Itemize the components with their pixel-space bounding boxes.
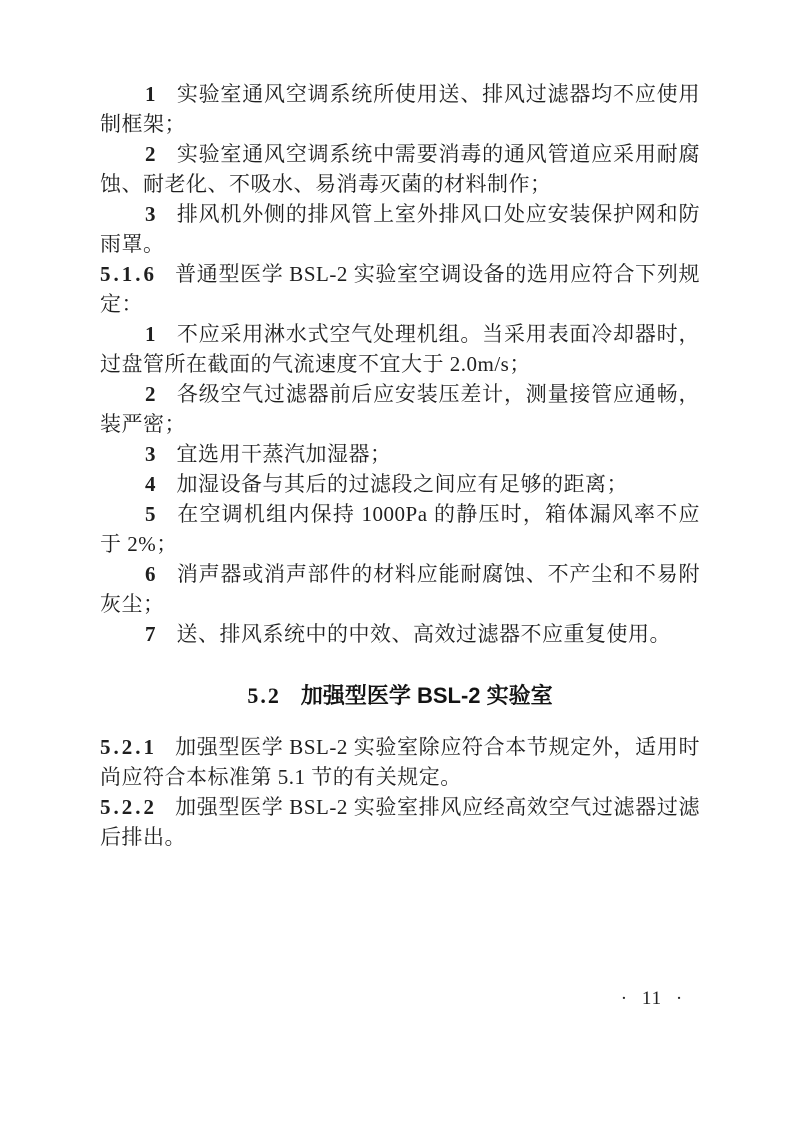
page-number: · 11 · bbox=[600, 988, 704, 1010]
list-item-line: 1实验室通风空调系统所使用送、排风过滤器均不应使用木 bbox=[100, 79, 700, 109]
line-text: 定： bbox=[100, 292, 143, 316]
text-continuation-line: 蚀、耐老化、不吸水、易消毒灭菌的材料制作； bbox=[100, 169, 700, 199]
line-text: 宜选用干蒸汽加湿器； bbox=[177, 442, 392, 466]
line-text: 消声器或消声部件的材料应能耐腐蚀、不产尘和不易附着 bbox=[145, 562, 700, 589]
text-continuation-line: 制框架； bbox=[100, 109, 700, 139]
line-text: 雨罩。 bbox=[100, 232, 165, 256]
line-text: 送、排风系统中的中效、高效过滤器不应重复使用。 bbox=[177, 622, 672, 646]
line-text: 尚应符合本标准第 5.1 节的有关规定。 bbox=[100, 765, 462, 789]
clause-5-2-2-line: 5.2.2加强型医学 BSL-2 实验室排风应经高效空气过滤器过滤 bbox=[100, 792, 700, 822]
text-continuation-line: 定： bbox=[100, 289, 700, 319]
text-continuation-line: 于 2%； bbox=[100, 529, 700, 559]
text-continuation-line: 尚应符合本标准第 5.1 节的有关规定。 bbox=[100, 762, 700, 792]
line-text: 实验室通风空调系统所使用送、排风过滤器均不应使用木 bbox=[145, 82, 700, 109]
line-text: 制框架； bbox=[100, 112, 186, 136]
section-heading: 5.2加强型医学 BSL-2 实验室 bbox=[100, 681, 700, 711]
line-text: 加强型医学 BSL-2 实验室排风应经高效空气过滤器过滤 bbox=[175, 795, 700, 819]
line-text: 排风机外侧的排风管上室外排风口处应安装保护网和防 bbox=[177, 202, 701, 226]
item-number: 7 bbox=[145, 622, 156, 646]
line-text: 普通型医学 BSL-2 实验室空调设备的选用应符合下列规 bbox=[175, 262, 700, 286]
list-item-line: 7送、排风系统中的中效、高效过滤器不应重复使用。 bbox=[100, 619, 700, 649]
clause-number: 5.2.2 bbox=[100, 795, 157, 819]
line-text: 后排出。 bbox=[100, 825, 186, 849]
list-item-line: 6消声器或消声部件的材料应能耐腐蚀、不产尘和不易附着 bbox=[100, 559, 700, 589]
line-text: 实验室通风空调系统中需要消毒的通风管道应采用耐腐 bbox=[177, 142, 701, 166]
item-number: 6 bbox=[145, 562, 156, 586]
list-item-line: 2实验室通风空调系统中需要消毒的通风管道应采用耐腐 bbox=[100, 139, 700, 169]
list-item-line: 5在空调机组内保持 1000Pa 的静压时，箱体漏风率不应大 bbox=[100, 499, 700, 529]
line-text: 加湿设备与其后的过滤段之间应有足够的距离； bbox=[177, 472, 629, 496]
document-page: 1实验室通风空调系统所使用送、排风过滤器均不应使用木 制框架； 2实验室通风空调… bbox=[0, 0, 800, 1148]
line-text: 灰尘； bbox=[100, 592, 165, 616]
clause-number: 5.2.1 bbox=[100, 735, 157, 759]
line-text: 过盘管所在截面的气流速度不宜大于 2.0m/s； bbox=[100, 352, 531, 376]
clause-5-1-6-line: 5.1.6普通型医学 BSL-2 实验室空调设备的选用应符合下列规 bbox=[100, 259, 700, 289]
text-continuation-line: 过盘管所在截面的气流速度不宜大于 2.0m/s； bbox=[100, 349, 700, 379]
text-continuation-line: 雨罩。 bbox=[100, 229, 700, 259]
text-continuation-line: 后排出。 bbox=[100, 822, 700, 852]
list-item-line: 3宜选用干蒸汽加湿器； bbox=[100, 439, 700, 469]
item-number: 1 bbox=[145, 82, 156, 106]
list-item-line: 2各级空气过滤器前后应安装压差计，测量接管应通畅，安 bbox=[100, 379, 700, 409]
line-text: 在空调机组内保持 1000Pa 的静压时，箱体漏风率不应大 bbox=[145, 502, 700, 529]
line-text: 于 2%； bbox=[100, 532, 178, 556]
line-text: 装严密； bbox=[100, 412, 186, 436]
text-continuation-line: 装严密； bbox=[100, 409, 700, 439]
line-text: 蚀、耐老化、不吸水、易消毒灭菌的材料制作； bbox=[100, 172, 552, 196]
item-number: 2 bbox=[145, 142, 156, 166]
page-body: 1实验室通风空调系统所使用送、排风过滤器均不应使用木 制框架； 2实验室通风空调… bbox=[100, 79, 700, 852]
section-title: 加强型医学 BSL-2 实验室 bbox=[301, 683, 553, 708]
list-item-line: 1不应采用淋水式空气处理机组。当采用表面冷却器时，通 bbox=[100, 319, 700, 349]
item-number: 5 bbox=[145, 502, 156, 526]
line-text: 加强型医学 BSL-2 实验室除应符合本节规定外，适用时 bbox=[175, 735, 700, 759]
list-item-line: 3排风机外侧的排风管上室外排风口处应安装保护网和防 bbox=[100, 199, 700, 229]
item-number: 3 bbox=[145, 202, 156, 226]
item-number: 2 bbox=[145, 382, 156, 406]
line-text: 各级空气过滤器前后应安装压差计，测量接管应通畅，安 bbox=[145, 382, 700, 409]
item-number: 1 bbox=[145, 322, 156, 346]
list-item-line: 4加湿设备与其后的过滤段之间应有足够的距离； bbox=[100, 469, 700, 499]
section-number: 5.2 bbox=[247, 683, 281, 708]
clause-5-2-1-line: 5.2.1加强型医学 BSL-2 实验室除应符合本节规定外，适用时 bbox=[100, 732, 700, 762]
item-number: 4 bbox=[145, 472, 156, 496]
line-text: 不应采用淋水式空气处理机组。当采用表面冷却器时，通 bbox=[145, 322, 700, 349]
clause-number: 5.1.6 bbox=[100, 262, 157, 286]
text-continuation-line: 灰尘； bbox=[100, 589, 700, 619]
item-number: 3 bbox=[145, 442, 156, 466]
